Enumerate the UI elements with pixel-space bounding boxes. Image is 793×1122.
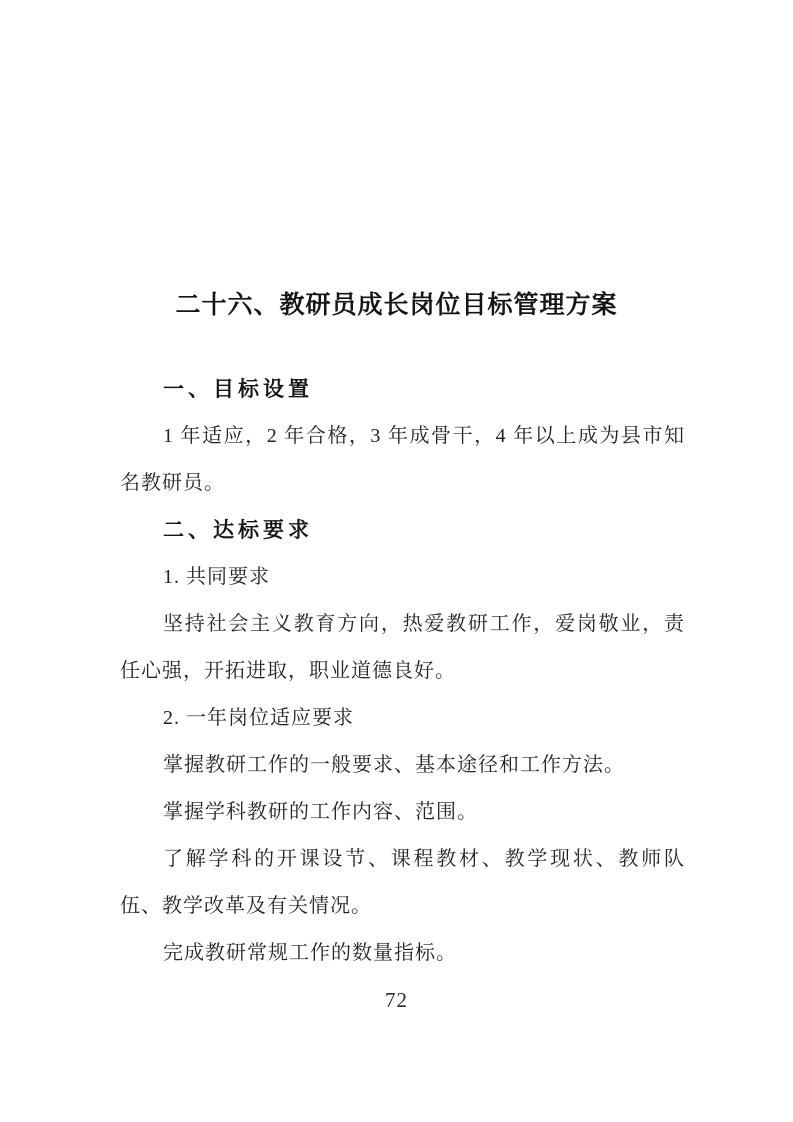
document-title: 二十六、教研员成长岗位目标管理方案 (0, 0, 793, 319)
paragraph-common-requirements-body: 坚持社会主义教育方向，热爱教研工作，爱岗敬业，责任心强，开拓进取，职业道德良好。 (120, 601, 685, 695)
document-body: 一、目标设置 1 年适应，2 年合格，3 年成骨干，4 年以上成为县市知名教研员… (120, 366, 685, 977)
section-heading-goal-setting: 一、目标设置 (120, 366, 685, 413)
paragraph-year-one-item-2: 掌握学科教研的工作内容、范围。 (120, 789, 685, 836)
document-page: 二十六、教研员成长岗位目标管理方案 一、目标设置 1 年适应，2 年合格，3 年… (0, 0, 793, 1122)
paragraph-goal-timeline: 1 年适应，2 年合格，3 年成骨干，4 年以上成为县市知名教研员。 (120, 413, 685, 507)
section-heading-standards: 二、达标要求 (120, 507, 685, 554)
paragraph-common-requirements-label: 1. 共同要求 (120, 554, 685, 601)
paragraph-year-one-label: 2. 一年岗位适应要求 (120, 695, 685, 742)
paragraph-year-one-item-3: 了解学科的开课设节、课程教材、教学现状、教师队伍、教学改革及有关情况。 (120, 836, 685, 930)
paragraph-year-one-item-1: 掌握教研工作的一般要求、基本途径和工作方法。 (120, 742, 685, 789)
page-number: 72 (0, 987, 793, 1013)
paragraph-year-one-item-4: 完成教研常规工作的数量指标。 (120, 930, 685, 977)
